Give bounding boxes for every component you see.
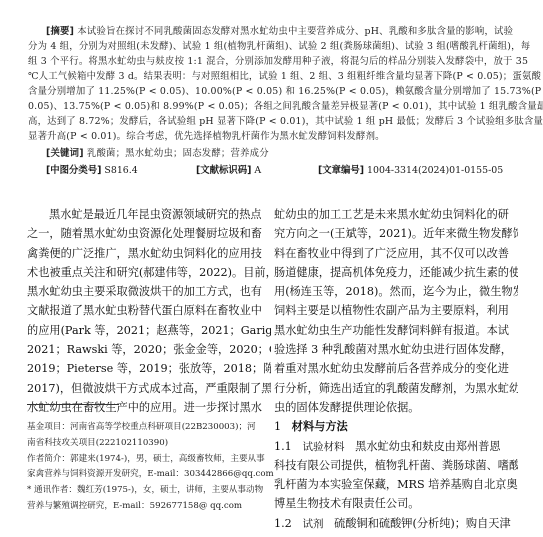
abstract-text: 本试验旨在探讨不同乳酸菌固态发酵对黑水虻幼虫中主要营养成分、pH、乳酸和多肽含量… bbox=[74, 26, 513, 37]
body-line: 行分析，筛选出适宜的乳酸菌发酵剂，为黑水虻幼 bbox=[274, 379, 518, 398]
footnote-line: 基金项目：河南省高等学校重点科研项目(22B230003)；河 bbox=[27, 420, 277, 436]
body-line: 黑水虻是最近几年昆虫资源领域研究的热点 bbox=[27, 205, 271, 224]
body-line: 乳杆菌为本实验室保藏，MRS 培养基购自北京奥 bbox=[274, 475, 518, 494]
footnote-line: 营养与繁殖调控研究，E-mail：592677158@ qq.com bbox=[27, 499, 277, 515]
abstract-line: 含量分别增加了 11.25%(P < 0.05)、10.00%(P < 0.05… bbox=[28, 84, 516, 99]
footnote-line: * 通讯作者：魏红芳(1975-)，女，硕士，讲师，主要从事动物 bbox=[27, 483, 277, 499]
clc-label: [中图分类号] bbox=[46, 165, 101, 176]
abstract-line: 显著升高(P < 0.01)。综合考虑，优先选择植物乳杆菌作为黑水虻发酵饲料发酵… bbox=[28, 129, 516, 144]
footnote-separator bbox=[27, 404, 119, 405]
body-text: 硫酸铜和硫酸钾(分析纯)；购自天津 bbox=[334, 517, 511, 530]
body-line: 用(杨连玉等，2018)。然而，迄今为止，微生物发酵 bbox=[274, 282, 518, 301]
body-right-column: 虻幼虫的加工工艺是未来黑水虻幼虫饲料化的研 究方向之一(王斌等，2021)。近年… bbox=[274, 205, 518, 533]
body-line: 水虻幼虫在畜牧生产中的应用。进一步探讨黑水 bbox=[27, 398, 271, 417]
subsection-number: 1.2 bbox=[274, 517, 292, 530]
keywords: [关键词] 乳酸菌；黑水虻幼虫；固态发酵；营养成分 bbox=[46, 146, 534, 161]
body-line: 禽粪便的广泛推广，黑水虻幼虫饲料化的应用技 bbox=[27, 244, 271, 263]
doc-code-label: [文献标识码] bbox=[196, 165, 251, 176]
body-line: 2017)，但微波烘干方式成本过高，严重限制了黑 bbox=[27, 379, 271, 398]
body-line: 2019；Pieterse 等，2019；张放等，2018；陈巍等， bbox=[27, 359, 271, 378]
subsection-1-1-first-line: 1.1 试验材料 黑水虻幼虫和麸皮由郑州普恩 bbox=[274, 437, 518, 456]
body-line: 博星生物技术有限责任公司。 bbox=[274, 494, 518, 513]
footnotes: 基金项目：河南省高等学校重点科研项目(22B230003)；河 南省科技攻关项目… bbox=[27, 420, 277, 515]
body-line: 虫的固体发酵提供理论依据。 bbox=[274, 398, 518, 417]
body-line: 究方向之一(王斌等，2021)。近年来微生物发酵饲 bbox=[274, 224, 518, 243]
document-code: [文献标识码] A bbox=[196, 163, 261, 178]
abstract-line: 分为 4 组，分别为对照组(未发酵)、试验 1 组(植物乳杆菌组)、试验 2 组… bbox=[28, 39, 516, 54]
body-line: 着重对黑水虻幼虫发酵前后各营养成分的变化进 bbox=[274, 359, 518, 378]
subsection-title: 试剂 bbox=[302, 518, 323, 530]
article-number: [文章编号] 1004-3314(2024)01-0155-05 bbox=[318, 163, 503, 178]
body-line: 的应用(Park 等，2021；赵燕等，2021；Gariglio 等， bbox=[27, 321, 271, 340]
body-text: 黑水虻幼虫和麸皮由郑州普恩 bbox=[355, 440, 500, 453]
abstract-line: 组 3 个平行。将黑水虻幼虫与麸皮按 1:1 混合，分别添加发酵用种子液，将混匀… bbox=[28, 54, 516, 69]
body-line: 黑水虻幼虫生产功能性发酵饲料鲜有报道。本试 bbox=[274, 321, 518, 340]
article-number-value: 1004-3314(2024)01-0155-05 bbox=[364, 165, 503, 176]
subsection-1-2-first-line: 1.2 试剂 硫酸铜和硫酸钾(分析纯)；购自天津 bbox=[274, 514, 518, 533]
body-line: 2021；Rawski 等，2020；张金金等，2020；Chia 等， bbox=[27, 340, 271, 359]
abstract-line: ℃人工气候箱中发酵 3 d。结果表明：与对照组相比，试验 1 组、2 组、3 组… bbox=[28, 69, 516, 84]
footnote-line: 作者简介：郭建来(1974-)，男，硕士，高级畜牧师，主要从事 bbox=[27, 452, 277, 468]
body-line: 料在畜牧业中得到了广泛应用，其不仅可以改善 bbox=[274, 244, 518, 263]
body-line: 之一，随着黑水虻幼虫资源化处理餐厨垃圾和畜 bbox=[27, 224, 271, 243]
body-line: 术也被重点关注和研究(郝建伟等，2022)。目前， bbox=[27, 263, 271, 282]
footnote-line: 家禽营养与饲料资源开发研究，E-mail：303442866@qq.com bbox=[27, 467, 277, 483]
body-line: 科技有限公司提供，植物乳杆菌、粪肠球菌、嗜酸 bbox=[274, 456, 518, 475]
section-title: 材料与方法 bbox=[292, 420, 348, 433]
keywords-label: [关键词] bbox=[46, 148, 84, 159]
keywords-text: 乳酸菌；黑水虻幼虫；固态发酵；营养成分 bbox=[84, 148, 269, 159]
section-heading-1: 1 材料与方法 bbox=[274, 417, 518, 436]
body-line: 黑水虻幼虫主要采取微波烘干的加工方式，也有 bbox=[27, 282, 271, 301]
doc-code-value: A bbox=[251, 165, 261, 176]
section-number: 1 bbox=[274, 420, 281, 433]
clc-value: S816.4 bbox=[101, 165, 137, 176]
body-line: 验选择 3 种乳酸菌对黑水虻幼虫进行固体发酵， bbox=[274, 340, 518, 359]
abstract-label: [摘要] bbox=[46, 26, 74, 37]
abstract-line: 高，达到了 8.72%；发酵后，各试验组 pH 显著下降(P < 0.01)，其… bbox=[28, 114, 516, 129]
clc-number: [中图分类号] S816.4 bbox=[46, 163, 138, 178]
body-line: 肠道健康，提高机体免疫力，还能减少抗生素的使 bbox=[274, 263, 518, 282]
body-line: 饲料主要是以植物性农副产品为主要原料，利用 bbox=[274, 301, 518, 320]
subsection-number: 1.1 bbox=[274, 440, 292, 453]
body-left-column: 黑水虻是最近几年昆虫资源领域研究的热点 之一，随着黑水虻幼虫资源化处理餐厨垃圾和… bbox=[27, 205, 271, 417]
body-line: 虻幼虫的加工工艺是未来黑水虻幼虫饲料化的研 bbox=[274, 205, 518, 224]
footnote-line: 南省科技攻关项目(222102110390) bbox=[27, 436, 277, 452]
abstract-line: [摘要] 本试验旨在探讨不同乳酸菌固态发酵对黑水虻幼虫中主要营养成分、pH、乳酸… bbox=[46, 24, 534, 39]
article-number-label: [文章编号] bbox=[318, 165, 364, 176]
body-line: 文献报道了黑水虻虫粉替代蛋白原料在畜牧业中 bbox=[27, 301, 271, 320]
subsection-title: 试验材料 bbox=[302, 441, 344, 453]
abstract-line: 0.05)、13.75%(P < 0.05)和 8.99%(P < 0.05)；… bbox=[28, 99, 516, 114]
